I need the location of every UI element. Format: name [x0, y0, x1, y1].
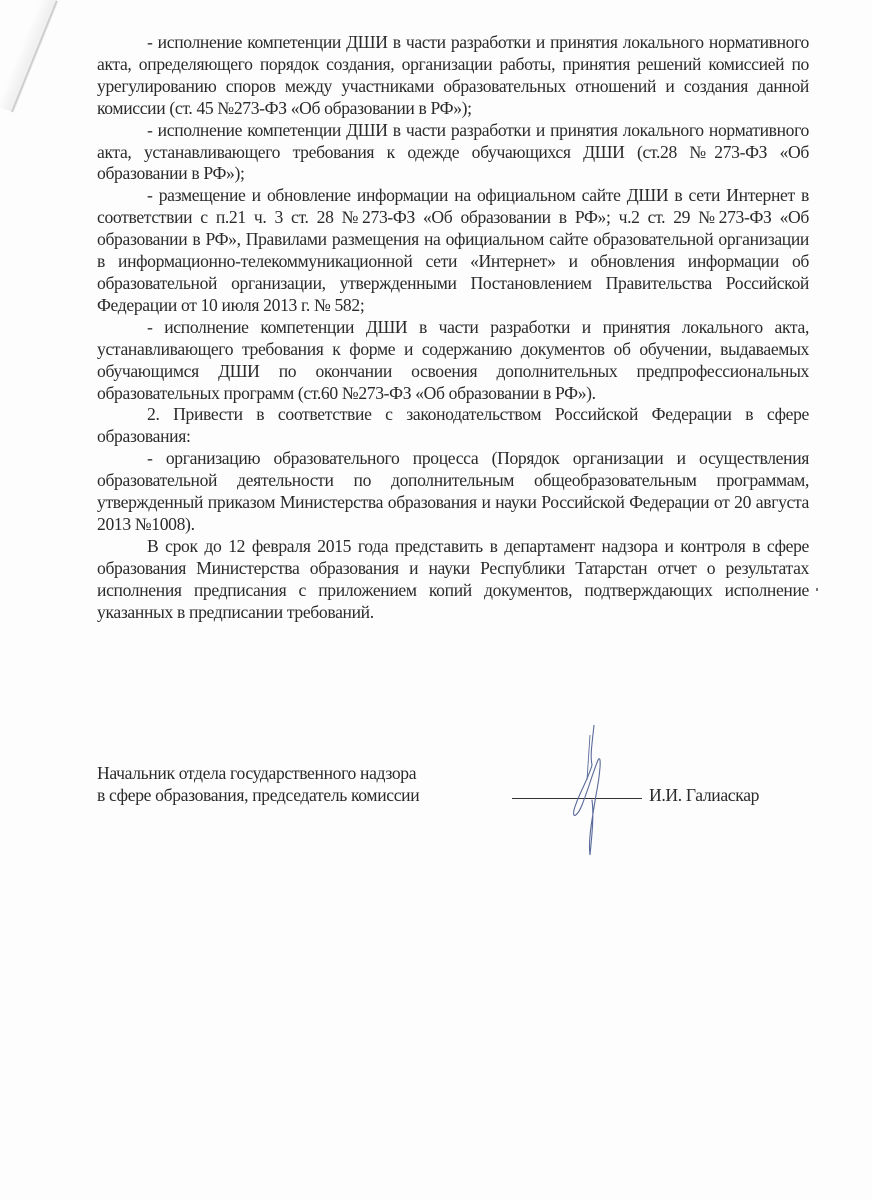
signatory-name: И.И. Галиаскар — [649, 784, 759, 806]
scanned-page: - исполнение компетенции ДШИ в части раз… — [0, 0, 872, 1200]
paragraph-dispute-commission: - исполнение компетенции ДШИ в части раз… — [97, 32, 809, 120]
document-body: - исполнение компетенции ДШИ в части раз… — [97, 32, 809, 623]
signatory-title-line-2: в сфере образования, председатель комисс… — [97, 784, 419, 806]
handwritten-signature-icon — [548, 725, 628, 865]
paragraph-educational-process: - организацию образовательного процесса … — [97, 448, 809, 536]
paragraph-bring-into-compliance: 2. Привести в соответствие с законодател… — [97, 404, 809, 448]
paragraph-website-info: - размещение и обновление информации на … — [97, 185, 809, 316]
paragraph-education-documents: - исполнение компетенции ДШИ в части раз… — [97, 317, 809, 405]
page-fold-shadow — [10, 0, 59, 113]
paragraph-student-clothing: - исполнение компетенции ДШИ в части раз… — [97, 120, 809, 186]
scan-speck — [816, 588, 818, 591]
signatory-title: Начальник отдела государственного надзор… — [97, 762, 419, 806]
signature-block: Начальник отдела государственного надзор… — [97, 762, 809, 902]
paragraph-report-deadline: В срок до 12 февраля 2015 года представи… — [97, 536, 809, 624]
signatory-title-line-1: Начальник отдела государственного надзор… — [97, 762, 419, 784]
